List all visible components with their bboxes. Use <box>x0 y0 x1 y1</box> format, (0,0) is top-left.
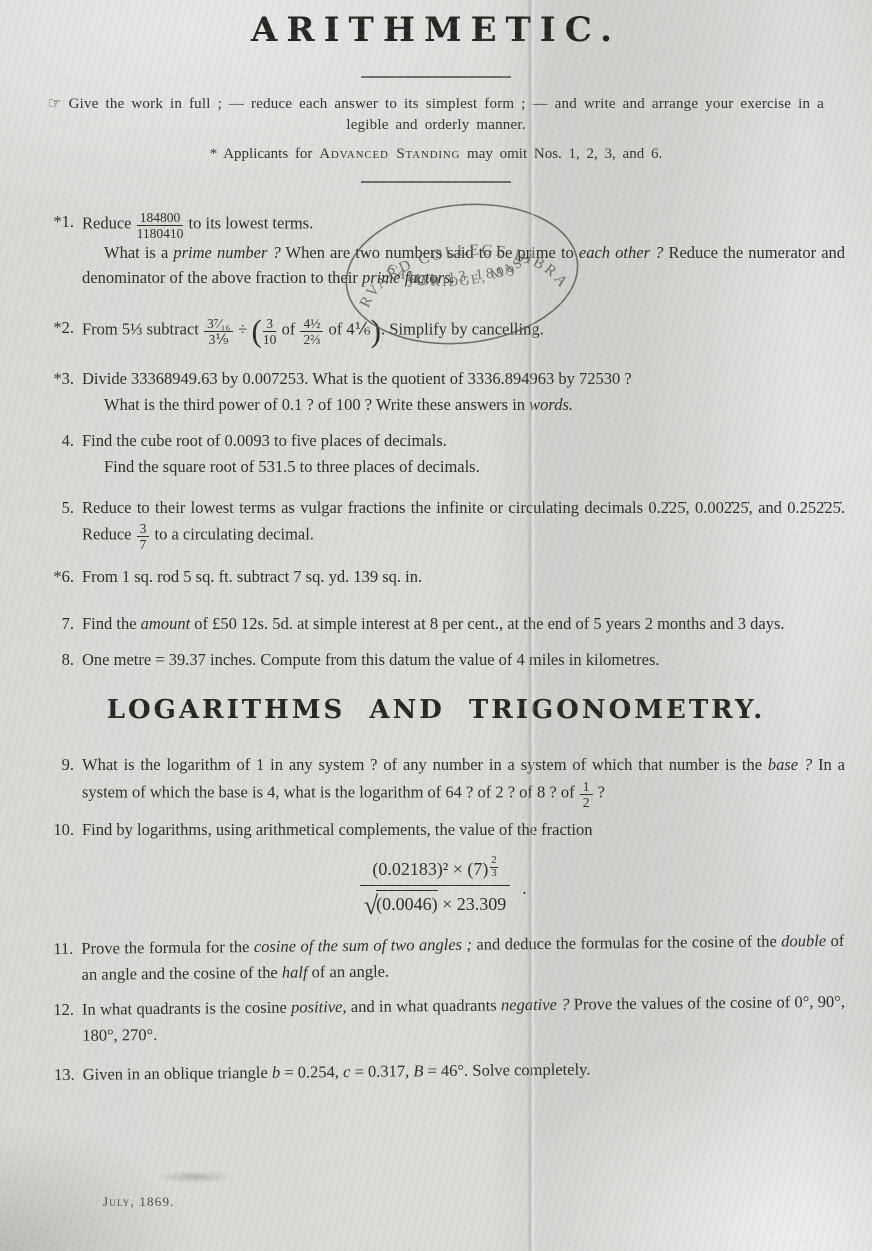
question-text: Reduce 1848001180410 to its lowest terms… <box>82 209 845 291</box>
question-number: *3. <box>32 366 74 392</box>
question-number: 10. <box>32 817 74 843</box>
inline-fraction: 3⁷⁄₁₆3⅑ <box>204 316 233 347</box>
question-text: Reduce to their lowest terms as vulgar f… <box>82 495 845 552</box>
question-number: *2. <box>32 315 74 341</box>
question-text: Find by logarithms, using arithmetical c… <box>82 817 845 923</box>
instructions-note: ☞ Give the work in full ; — reduce each … <box>28 94 844 137</box>
radicand-text: (0.0046) <box>376 890 438 916</box>
exponent-denominator: 3 <box>491 868 496 880</box>
question-number: *1. <box>32 209 74 235</box>
question-number: 5. <box>32 495 74 521</box>
question-paragraph: Find by logarithms, using arithmetical c… <box>82 817 845 843</box>
question-number: 8. <box>32 647 74 673</box>
q10-formula: (0.02183)² × (7)23 √(0.0046) × 23.309 . <box>82 853 805 923</box>
page-title: ARITHMETIC. <box>0 10 872 50</box>
question-paragraph: One metre = 39.37 inches. Compute from t… <box>82 647 845 673</box>
exponent-numerator: 2 <box>490 855 497 868</box>
question-4: 4. Find the cube root of 0.0093 to five … <box>82 428 845 479</box>
scanned-exam-page: ARITHMETIC. ☞ Give the work in full ; — … <box>0 0 872 1251</box>
question-paragraph: Reduce to their lowest terms as vulgar f… <box>82 495 845 552</box>
question-12: 12. In what quadrants is the cosine posi… <box>82 989 845 1048</box>
question-number: *6. <box>32 564 74 590</box>
question-text: Find the amount of £50 12s. 5d. at simpl… <box>82 611 845 637</box>
question-text: From 5⅓ subtract 3⁷⁄₁₆3⅑ ÷ (310 of 4½2⅔ … <box>82 315 845 346</box>
question-paragraph: What is the logarithm of 1 in any system… <box>82 752 845 809</box>
question-paragraph: In what quadrants is the cosine positive… <box>82 989 845 1048</box>
footer-date: July, 1869. <box>103 1194 175 1210</box>
question-paragraph: Reduce 1848001180410 to its lowest terms… <box>82 209 845 240</box>
question-paragraph: Prove the formula for the cosine of the … <box>81 928 844 987</box>
question-paragraph: What is the third power of 0.1 ? of 100 … <box>82 392 845 418</box>
question-13: 13. Given in an oblique triangle b = 0.2… <box>83 1054 846 1088</box>
question-1: *1. Reduce 1848001180410 to its lowest t… <box>82 209 845 291</box>
question-6: *6. From 1 sq. rod 5 sq. ft. subtract 7 … <box>82 564 845 590</box>
section-title-logarithms: LOGARITHMS AND TRIGONOMETRY. <box>0 690 872 730</box>
question-10: 10. Find by logarithms, using arithmetic… <box>82 817 845 923</box>
question-5: 5. Reduce to their lowest terms as vulga… <box>82 495 845 552</box>
question-number: 9. <box>32 752 74 778</box>
question-paragraph: Find the cube root of 0.0093 to five pla… <box>82 428 845 454</box>
inline-fraction: 12 <box>580 779 593 810</box>
question-paragraph: Given in an oblique triangle b = 0.254, … <box>83 1054 846 1088</box>
question-text: From 1 sq. rod 5 sq. ft. subtract 7 sq. … <box>82 564 845 590</box>
question-8: 8. One metre = 39.37 inches. Compute fro… <box>82 647 845 673</box>
question-paragraph: Find the amount of £50 12s. 5d. at simpl… <box>82 611 845 637</box>
numerator-text: (0.02183)² × (7) <box>372 859 488 879</box>
question-number: 4. <box>32 428 74 454</box>
tilted-lower-block: 11. Prove the formula for the cosine of … <box>0 927 872 1088</box>
inline-fraction: 4½2⅔ <box>300 316 323 347</box>
manicule-icon: ☞ <box>48 96 69 112</box>
question-text: Divide 33368949.63 by 0.007253. What is … <box>82 366 845 417</box>
advanced-standing-note: * Applicants for Advanced Standing may o… <box>28 146 844 163</box>
question-number: 7. <box>32 611 74 637</box>
denominator-tail: × 23.309 <box>438 894 507 914</box>
exponent-fraction: 23 <box>490 855 497 880</box>
question-text: Prove the formula for the cosine of the … <box>81 928 844 987</box>
divider-top <box>361 76 511 78</box>
question-number: 12. <box>32 997 74 1023</box>
inline-fraction: 37 <box>137 521 150 552</box>
question-paragraph: Find the square root of 531.5 to three p… <box>82 454 845 480</box>
question-3: *3. Divide 33368949.63 by 0.007253. What… <box>82 366 845 417</box>
instructions-text: Give the work in full ; — reduce each an… <box>69 96 824 133</box>
question-text: One metre = 39.37 inches. Compute from t… <box>82 647 845 673</box>
formula-numerator: (0.02183)² × (7)23 <box>360 853 509 887</box>
formula-period: . <box>522 878 527 898</box>
question-paragraph: Divide 33368949.63 by 0.007253. What is … <box>82 366 845 392</box>
inline-fraction: 1848001180410 <box>137 210 184 241</box>
question-number: 11. <box>31 936 73 962</box>
question-list: *1. Reduce 1848001180410 to its lowest t… <box>0 209 872 1085</box>
question-paragraph: From 1 sq. rod 5 sq. ft. subtract 7 sq. … <box>82 564 845 590</box>
question-9: 9. What is the logarithm of 1 in any sys… <box>82 752 845 809</box>
formula-denominator: √(0.0046) × 23.309 <box>360 886 509 923</box>
question-text: In what quadrants is the cosine positive… <box>82 989 845 1048</box>
inline-fraction: 310 <box>263 316 277 347</box>
question-text: What is the logarithm of 1 in any system… <box>82 752 845 809</box>
question-number: 13. <box>33 1062 75 1088</box>
divider-mid <box>361 181 511 183</box>
question-text: Find the cube root of 0.0093 to five pla… <box>82 428 845 479</box>
question-2: *2. From 5⅓ subtract 3⁷⁄₁₆3⅑ ÷ (310 of 4… <box>82 315 845 346</box>
page-content: ARITHMETIC. ☞ Give the work in full ; — … <box>0 0 872 1085</box>
question-paragraph: What is a prime number ? When are two nu… <box>82 240 845 291</box>
big-fraction: (0.02183)² × (7)23 √(0.0046) × 23.309 <box>360 853 509 923</box>
question-11: 11. Prove the formula for the cosine of … <box>81 928 844 987</box>
question-text: Given in an oblique triangle b = 0.254, … <box>83 1054 846 1088</box>
question-paragraph: From 5⅓ subtract 3⁷⁄₁₆3⅑ ÷ (310 of 4½2⅔ … <box>82 315 845 346</box>
question-7: 7. Find the amount of £50 12s. 5d. at si… <box>82 611 845 637</box>
